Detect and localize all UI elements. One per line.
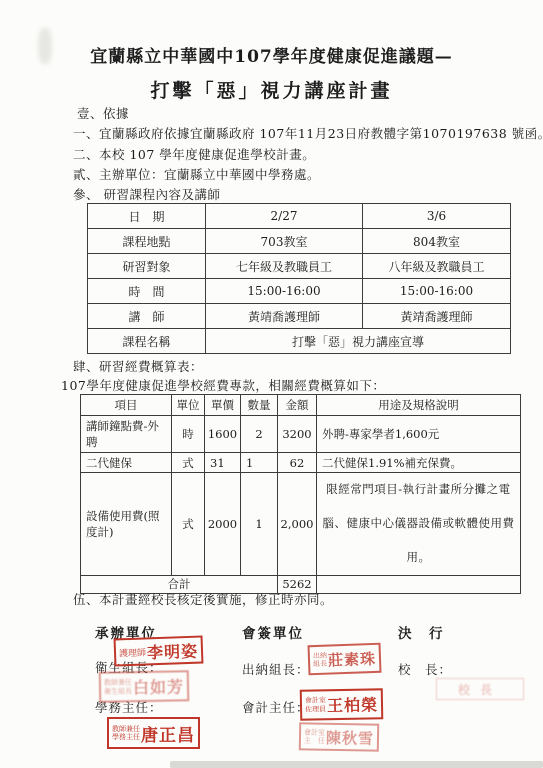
cell-amount: 62: [278, 453, 317, 473]
stamp-academic-director: 教師兼任 學務主任 唐正昌: [107, 717, 200, 749]
cell-item: 講師鐘點費-外聘: [81, 416, 172, 453]
header-item: 項目: [81, 395, 172, 416]
table-row: 課程名稱 打擊「惡」視力講座宣導: [88, 329, 511, 354]
table-row: 日 期 2/27 3/6: [88, 204, 511, 229]
section4-heading: 肆、研習經費概算表：: [73, 357, 203, 375]
stamp-name: 莊素珠: [328, 647, 377, 670]
stamp-prefix-line2: 主 任: [304, 736, 325, 744]
stamp-prefix: 教師兼任 衛生組長: [104, 679, 132, 696]
row-label: 研習對象: [88, 254, 206, 279]
table-row: 研習對象 七年級及教職員工 八年級及教職員工: [88, 254, 511, 279]
stamp-cashier-chief: 出納 組長 莊素珠: [307, 643, 381, 676]
cell-unit: 式: [172, 473, 205, 576]
stamp-nurse: 護理師 李明姿: [114, 635, 204, 666]
stamp-prefix-line2: 學務主任: [112, 733, 140, 741]
stamp-principal: 校長: [436, 678, 524, 700]
cell-qty: 1: [241, 453, 278, 473]
cell-amount: 2,000: [278, 473, 317, 576]
stamp-prefix: 會計室 主 任: [304, 728, 325, 744]
row-label: 課程名稱: [88, 329, 206, 354]
cell-price: 2000: [205, 473, 241, 576]
document-title-line2: 打擊「惡」視力講座計畫: [0, 76, 543, 103]
cell-desc: 限經常門項目-執行計畫所分攤之電腦、健康中心儀器設備或軟體使用費用。: [317, 473, 521, 576]
section5-line: 伍、本計畫經校長核定後實施，修正時亦同。: [73, 590, 333, 608]
cell-time-1: 15:00-16:00: [206, 279, 363, 304]
header-price: 單價: [205, 395, 241, 416]
stamp-name: 王柏榮: [327, 692, 378, 716]
cell-course-name: 打擊「惡」視力講座宣導: [206, 329, 511, 354]
row-label: 時 間: [88, 279, 206, 304]
cell-price: 1600: [205, 416, 241, 453]
signoff-heading-countersign: 會簽單位: [242, 622, 304, 642]
stamp-hygiene-chief: 教師兼任 衛生組長 白如芳: [99, 670, 190, 703]
section1-item1: 一、宜蘭縣政府依據宜蘭縣政府 107年11月23日府教體字第1070197638…: [73, 124, 543, 142]
stamp-name: 李明姿: [147, 638, 199, 663]
cell-location-2: 804教室: [363, 229, 511, 254]
label-principal: 校 長：: [398, 660, 452, 678]
stamp-prefix-line2: 佐理員: [305, 705, 326, 713]
cell-price: 31: [205, 453, 241, 473]
cell-date-1: 2/27: [206, 204, 363, 229]
header-qty: 數量: [241, 395, 278, 416]
section3-line: 參、 研習課程內容及講師: [73, 185, 220, 203]
section1-item2: 二、本校 107 學年度健康促進學校計畫。: [73, 145, 315, 163]
table-row: 二代健保 式 31 1 62 二代健保1.91%補充保費。: [81, 453, 521, 473]
cell-desc: 外聘-專家學者1,600元: [317, 416, 521, 453]
header-unit: 單位: [172, 395, 205, 416]
label-cashier-chief: 出納組長：: [242, 660, 310, 678]
cell-desc: 二代健保1.91%補充保費。: [317, 453, 521, 473]
header-desc: 用途及規格說明: [317, 395, 521, 416]
table-row: 時 間 15:00-16:00 15:00-16:00: [88, 279, 511, 304]
cell-unit: 時: [172, 416, 205, 453]
table-row: 講師鐘點費-外聘 時 1600 2 3200 外聘-專家學者1,600元: [81, 416, 521, 453]
course-schedule-table: 日 期 2/27 3/6 課程地點 703教室 804教室 研習對象 七年級及教…: [87, 203, 511, 354]
cell-lecturer-2: 黃靖喬護理師: [363, 304, 511, 329]
stamp-prefix: 會計室 佐理員: [305, 697, 326, 713]
stamp-prefix-line1: 教師兼任: [112, 725, 140, 733]
stamp-accounting-chief: 會計室 主 任 陳秋雪: [299, 722, 379, 751]
scanned-document-page: 宜蘭縣立中華國中107學年度健康促進議題— 打擊「惡」視力講座計畫 壹、依據 一…: [0, 0, 543, 768]
header-amount: 金額: [278, 395, 317, 416]
cell-unit: 式: [172, 453, 205, 473]
row-label: 講 師: [88, 304, 206, 329]
signoff-block: 承辦單位 會簽單位 決 行 衛生組長： 學務主任： 出納組長： 會計主任： 校 …: [0, 618, 543, 768]
cell-location-1: 703教室: [206, 229, 363, 254]
section4-note: 107學年度健康促進學校經費專款，相關經費概算如下：: [61, 376, 385, 394]
cell-item: 二代健保: [81, 453, 172, 473]
table-row: 講 師 黃靖喬護理師 黃靖喬護理師: [88, 304, 511, 329]
stamp-prefix-line2: 衛生組長: [104, 687, 132, 696]
cell-amount: 3200: [278, 416, 317, 453]
section1-heading: 壹、依據: [77, 104, 129, 122]
table-row: 課程地點 703教室 804教室: [88, 229, 511, 254]
cell-date-2: 3/6: [363, 204, 511, 229]
signoff-heading-decision: 決 行: [398, 622, 445, 642]
table-row: 設備使用費(照度計) 式 2000 1 2,000 限經常門項目-執行計畫所分攤…: [81, 473, 521, 576]
stamp-name: 陳秋雪: [326, 726, 374, 748]
cell-audience-1: 七年級及教職員工: [206, 254, 363, 279]
total-desc-empty: [317, 575, 521, 593]
stamp-prefix: 護理師: [119, 645, 146, 659]
stamp-prefix-line2: 組長: [313, 660, 327, 669]
cell-time-2: 15:00-16:00: [363, 279, 511, 304]
cell-audience-2: 八年級及教職員工: [363, 254, 511, 279]
row-label: 課程地點: [88, 229, 206, 254]
document-title-line1: 宜蘭縣立中華國中107學年度健康促進議題—: [0, 42, 543, 67]
stamp-name: 校長: [458, 681, 502, 698]
stamp-prefix: 出納 組長: [313, 652, 328, 669]
stamp-name: 白如芳: [133, 674, 184, 698]
cell-qty: 1: [241, 473, 278, 576]
stamp-name: 唐正昌: [141, 721, 195, 746]
cell-qty: 2: [241, 416, 278, 453]
stamp-accounting-clerk: 會計室 佐理員 王柏榮: [300, 688, 384, 720]
section2-line: 貳、主辦單位：宜蘭縣立中華國中學務處。: [73, 165, 320, 183]
cell-lecturer-1: 黃靖喬護理師: [206, 304, 363, 329]
row-label: 日 期: [88, 204, 206, 229]
table-header-row: 項目 單位 單價 數量 金額 用途及規格說明: [81, 395, 521, 416]
cell-item: 設備使用費(照度計): [81, 473, 172, 576]
budget-table: 項目 單位 單價 數量 金額 用途及規格說明 講師鐘點費-外聘 時 1600 2…: [80, 394, 521, 594]
stamp-prefix: 教師兼任 學務主任: [112, 725, 140, 741]
